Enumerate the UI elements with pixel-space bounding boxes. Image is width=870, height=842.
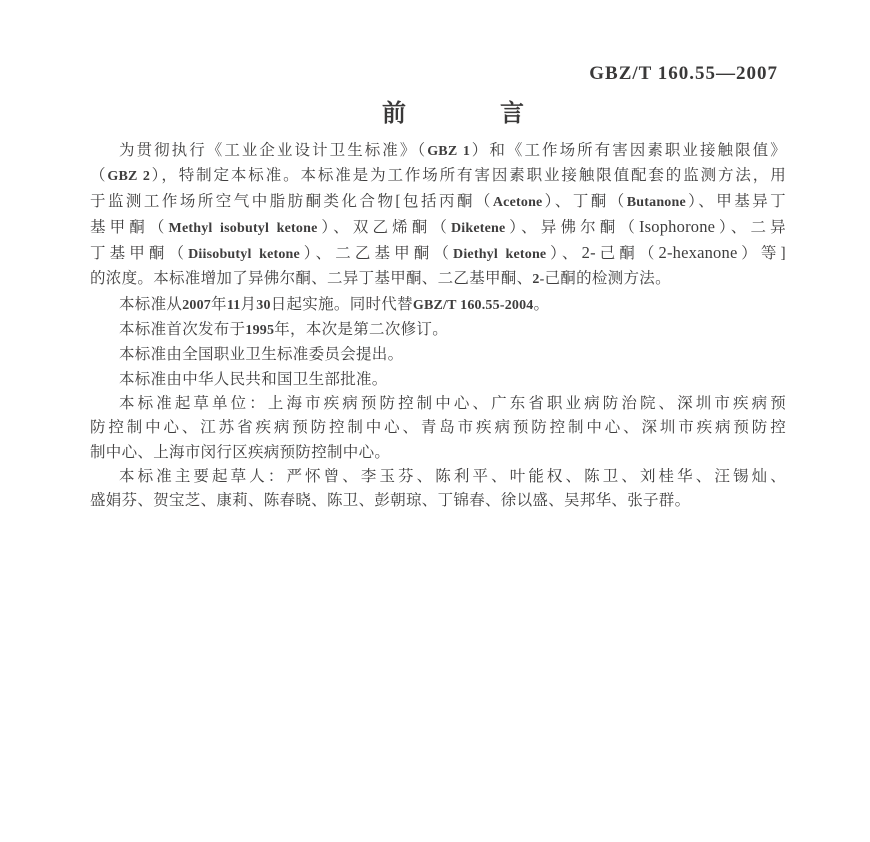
body-paragraph: 本标准由中华人民共和国卫生部批准。	[90, 368, 786, 392]
document-body: 为贯彻执行《工业企业设计卫生标准》（GBZ 1）和《工作场所有害因素职业接触限值…	[90, 139, 786, 513]
text-segment: ）和《工作场所有害因素职业接触限值》	[470, 142, 786, 159]
text-segment: 2-	[582, 243, 596, 262]
text-segment: 30	[256, 298, 270, 313]
text-segment: 的浓度。本标准增加了异佛尔酮、二异丁基甲酮、二乙基甲酮、	[90, 270, 532, 287]
text-line: 于监测工作场所空气中脂肪酮类化合物[包括丙酮（Acetone）、丁酮（Butan…	[90, 190, 786, 215]
text-line: 本标准由中华人民共和国卫生部批准。	[90, 368, 786, 392]
text-segment: Isophorone	[639, 217, 715, 236]
text-segment: GBZ 1	[427, 144, 470, 159]
body-paragraph: 本标准起草单位：上海市疾病预防控制中心、广东省职业病防治院、深圳市疾病预防控制中…	[90, 392, 786, 465]
text-line: 本标准主要起草人：严怀曾、李玉芬、陈利平、叶能权、陈卫、刘桂华、汪锡灿、	[90, 465, 786, 489]
text-segment: Butanone	[627, 195, 686, 210]
text-segment: 本标准由全国职业卫生标准委员会提出。	[119, 346, 403, 363]
text-segment: ）、二异	[715, 219, 786, 236]
document-page: GBZ/T 160.55—2007 前 言 为贯彻执行《工业企业设计卫生标准》（…	[0, 0, 870, 842]
body-paragraph: 本标准由全国职业卫生标准委员会提出。	[90, 343, 786, 367]
text-segment: GBZ 2	[107, 169, 150, 184]
text-segment: Diketene	[451, 221, 505, 236]
text-segment: 11	[227, 298, 241, 313]
text-segment: 为贯彻执行《工业企业设计卫生标准》（	[119, 142, 427, 159]
text-segment: 本标准从	[119, 296, 182, 313]
text-segment: ）、	[546, 245, 581, 262]
text-line: 本标准由全国职业卫生标准委员会提出。	[90, 343, 786, 367]
text-segment: ）、双乙烯酮（	[317, 219, 451, 236]
text-segment: 1995	[245, 323, 274, 338]
body-paragraph: 本标准首次发布于1995年，本次是第二次修订。	[90, 318, 786, 343]
text-segment: 本标准起草单位：上海市疾病预防控制中心、广东省职业病防治院、深圳市疾病预	[119, 395, 786, 412]
text-segment: Diisobutyl ketone	[188, 247, 300, 262]
text-line: 本标准从2007年11月30日起实施。同时代替GBZ/T 160.55-2004…	[90, 293, 786, 318]
text-segment: ）、甲基异丁	[686, 193, 786, 210]
text-segment: 防控制中心、江苏省疾病预防控制中心、青岛市疾病预防控制中心、深圳市疾病预防控	[90, 419, 786, 436]
text-segment: Methyl isobutyl ketone	[169, 221, 318, 236]
text-segment: 丁基甲酮（	[90, 245, 188, 262]
text-segment: ）、二乙基甲酮（	[300, 245, 453, 262]
text-segment: 本标准由中华人民共和国卫生部批准。	[119, 371, 388, 388]
text-line: 本标准起草单位：上海市疾病预防控制中心、广东省职业病防治院、深圳市疾病预	[90, 392, 786, 416]
text-segment: 于监测工作场所空气中脂肪酮类化合物[包括丙酮（	[90, 193, 493, 210]
text-segment: 制中心、上海市闵行区疾病预防控制中心。	[90, 444, 390, 461]
text-line: 基甲酮（Methyl isobutyl ketone）、双乙烯酮（Diketen…	[90, 215, 786, 241]
text-segment: 己酮（	[596, 245, 659, 262]
text-segment: 本标准主要起草人：严怀曾、李玉芬、陈利平、叶能权、陈卫、刘桂华、汪锡灿、	[119, 468, 786, 485]
text-line: （GBZ 2），特制定本标准。本标准是为工作场所有害因素职业接触限值配套的监测方…	[90, 164, 786, 189]
doc-code: GBZ/T 160.55—2007	[589, 63, 778, 85]
text-segment: 己酮的检测方法。	[544, 270, 670, 287]
page-title: 前 言	[18, 93, 870, 128]
text-segment: 年，本次是第二次修订。	[274, 321, 448, 338]
text-segment: ），特制定本标准。本标准是为工作场所有害因素职业接触限值配套的监测方法，用	[150, 167, 786, 184]
body-paragraph: 本标准主要起草人：严怀曾、李玉芬、陈利平、叶能权、陈卫、刘桂华、汪锡灿、盛娟芬、…	[90, 465, 786, 514]
text-segment: 月	[240, 296, 256, 313]
text-segment: 2-hexanone	[659, 243, 738, 262]
text-segment: 。	[534, 296, 550, 313]
text-segment: 日起实施。同时代替	[271, 296, 413, 313]
text-segment: 2-	[532, 272, 544, 287]
text-segment: 年	[211, 296, 227, 313]
text-line: 防控制中心、江苏省疾病预防控制中心、青岛市疾病预防控制中心、深圳市疾病预防控	[90, 416, 786, 440]
text-segment: ）等]	[737, 245, 786, 262]
text-segment: 本标准首次发布于	[119, 321, 245, 338]
text-segment: 盛娟芬、贺宝芝、康莉、陈春晓、陈卫、彭朝琼、丁锦春、徐以盛、吴邦华、张子群。	[90, 492, 690, 509]
text-line: 为贯彻执行《工业企业设计卫生标准》（GBZ 1）和《工作场所有害因素职业接触限值…	[90, 139, 786, 164]
text-segment: Diethyl ketone	[453, 247, 546, 262]
text-segment: Acetone	[493, 195, 543, 210]
body-paragraph: 为贯彻执行《工业企业设计卫生标准》（GBZ 1）和《工作场所有害因素职业接触限值…	[90, 139, 786, 293]
text-segment: （	[90, 167, 107, 184]
text-line: 本标准首次发布于1995年，本次是第二次修订。	[90, 318, 786, 343]
text-segment: 基甲酮（	[90, 219, 169, 236]
body-paragraph: 本标准从2007年11月30日起实施。同时代替GBZ/T 160.55-2004…	[90, 293, 786, 318]
text-segment: 2007	[182, 298, 211, 313]
text-line: 丁基甲酮（Diisobutyl ketone）、二乙基甲酮（Diethyl ke…	[90, 241, 786, 267]
text-segment: GBZ/T 160.55-2004	[413, 298, 534, 313]
text-line: 盛娟芬、贺宝芝、康莉、陈春晓、陈卫、彭朝琼、丁锦春、徐以盛、吴邦华、张子群。	[90, 489, 786, 513]
text-segment: ）、丁酮（	[542, 193, 626, 210]
text-line: 的浓度。本标准增加了异佛尔酮、二异丁基甲酮、二乙基甲酮、2-己酮的检测方法。	[90, 267, 786, 292]
text-line: 制中心、上海市闵行区疾病预防控制中心。	[90, 441, 786, 465]
text-segment: ）、异佛尔酮（	[505, 219, 639, 236]
